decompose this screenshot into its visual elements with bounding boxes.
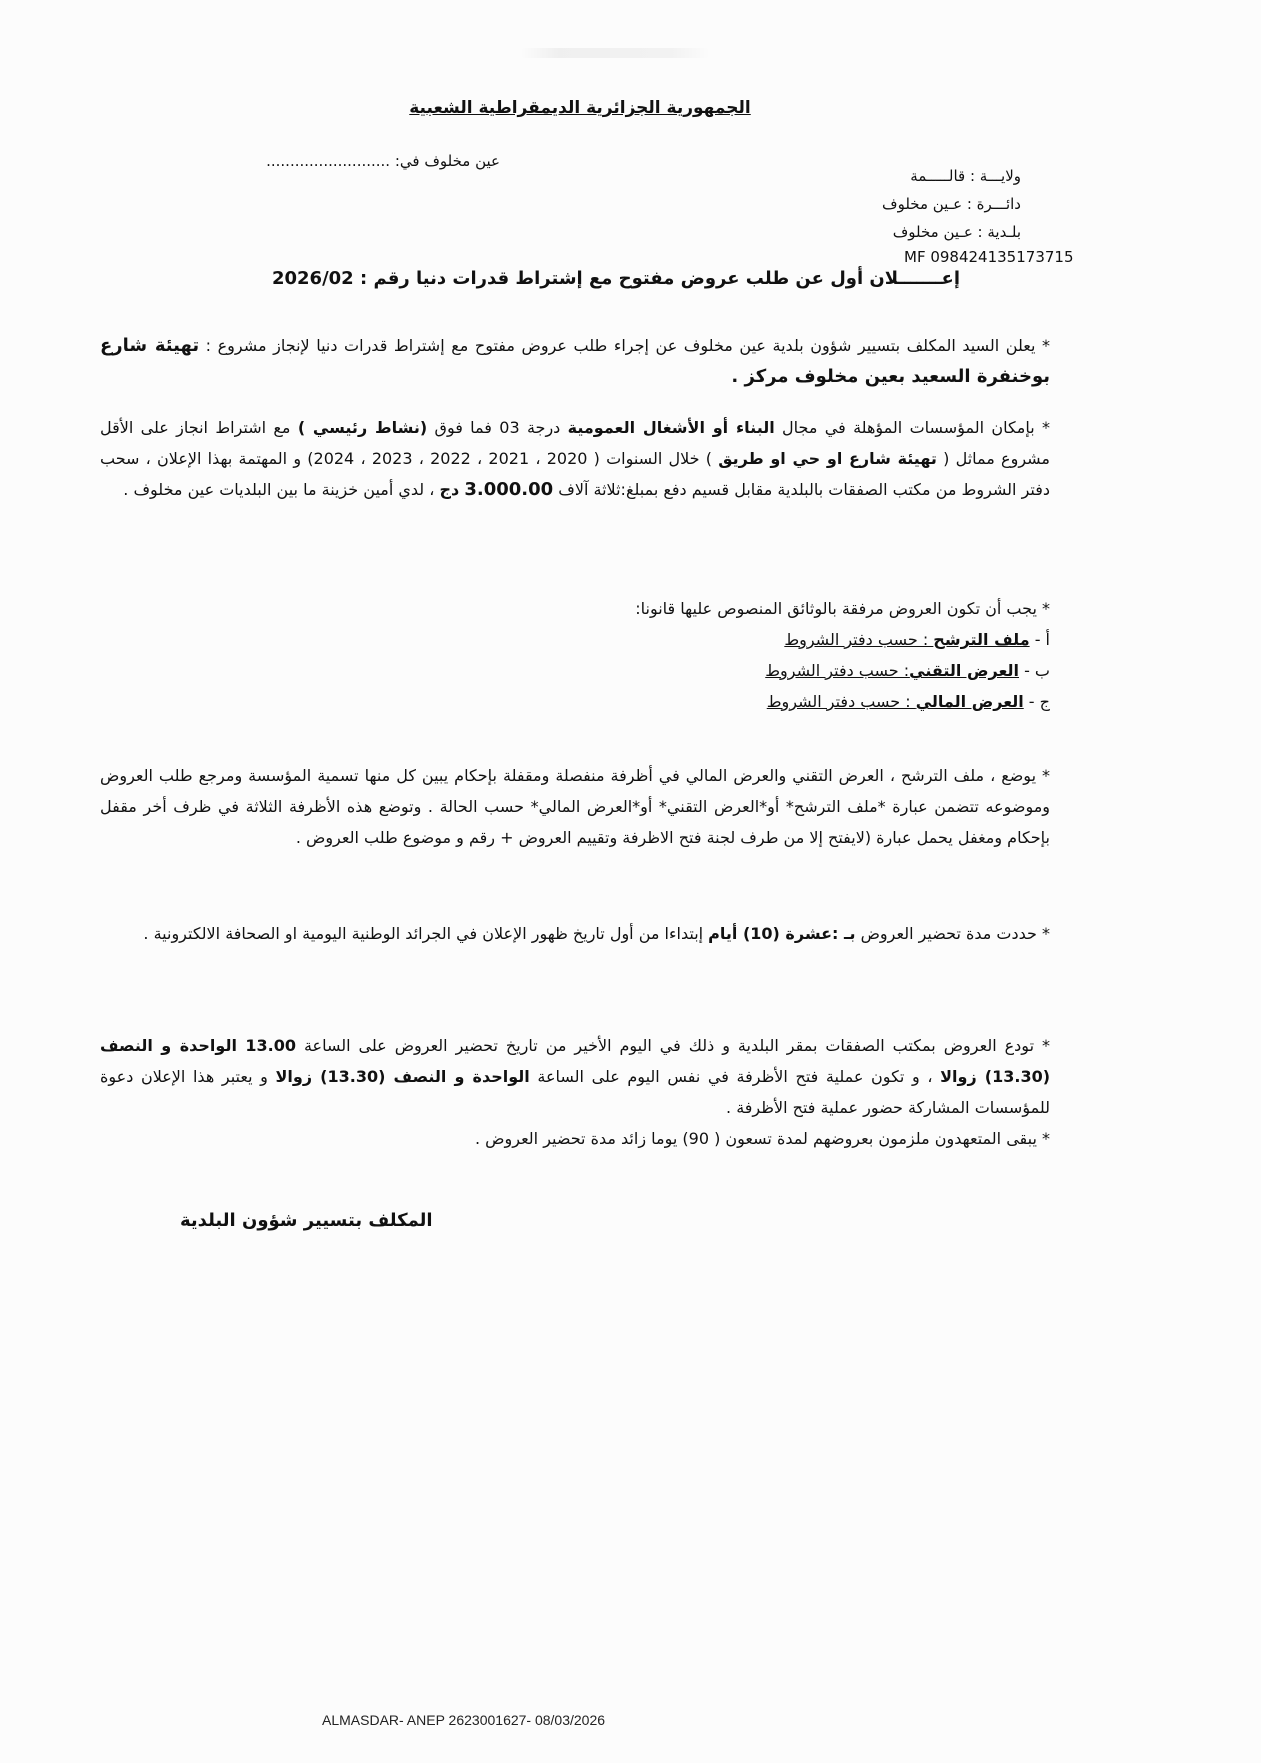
paragraph-text: * يعلن السيد المكلف بتسيير شؤون بلدية عي…	[199, 336, 1050, 355]
signature-title: المكلف بتسيير شؤون البلدية	[180, 1210, 433, 1231]
opening-time: الواحدة و النصف (13.30) زوالا	[276, 1067, 530, 1086]
eligibility-grade: درجة 03 فما فوق	[427, 418, 567, 437]
similar-project: تهيئة شارع او حي او طريق	[718, 449, 937, 468]
item-value: : حسب دفتر الشروط	[767, 692, 916, 711]
item-label: العرض التقني	[909, 661, 1019, 680]
submission-text: * تودع العروض بمكتب الصفقات بمقر البلدية…	[296, 1036, 1050, 1055]
item-label: ملف الترشح	[933, 630, 1029, 649]
fee-currency: دج	[440, 480, 460, 499]
paragraph-validity: * يبقى المتعهدون ملزمون بعروضهم لمدة تسع…	[100, 1123, 1050, 1154]
paragraph-announcement: * يعلن السيد المكلف بتسيير شؤون بلدية عي…	[100, 330, 1050, 392]
daira-line: دائـــرة : عـين مخلوف	[882, 190, 1021, 218]
eligibility-text: * بإمكان المؤسسات المؤهلة في مجال	[775, 418, 1050, 437]
paragraph-eligibility: * بإمكان المؤسسات المؤهلة في مجال البناء…	[100, 412, 1050, 505]
period-text: * حددت مدة تحضير العروض	[855, 924, 1050, 943]
item-prefix: ب -	[1019, 661, 1050, 680]
document-item-technical: ب - العرض التقني: حسب دفتر الشروط	[100, 655, 1050, 686]
period-duration: بـ :عشرة (10) أيام	[708, 924, 855, 943]
item-prefix: أ -	[1030, 630, 1050, 649]
publication-footer: ALMASDAR- ANEP 2623001627- 08/03/2026	[322, 1712, 605, 1728]
opening-text: ، و تكون عملية فتح الأظرفة في نفس اليوم …	[530, 1067, 940, 1086]
baladiya-line: بلـدية : عـين مخلوف	[882, 218, 1021, 246]
item-value: : حسب دفتر الشروط	[765, 661, 909, 680]
wilaya-line: ولايـــة : قالـــــمة	[882, 162, 1021, 190]
item-value: : حسب دفتر الشروط	[784, 630, 933, 649]
scanned-document-page: الجمهورية الجزائرية الديمقراطية الشعبية …	[0, 0, 1261, 1763]
faint-scan-mark	[520, 48, 710, 58]
documents-intro: * يجب أن تكون العروض مرفقة بالوثائق المن…	[100, 593, 1050, 624]
place-date-line: عين مخلوف في: ..........................	[190, 152, 500, 170]
paragraph-required-documents: * يجب أن تكون العروض مرفقة بالوثائق المن…	[100, 593, 1050, 717]
main-activity: (نشاط رئيسي )	[298, 418, 427, 437]
paragraph-preparation-period: * حددت مدة تحضير العروض بـ :عشرة (10) أي…	[100, 918, 1050, 949]
announcement-title: إعـــــــلان أول عن طلب عروض مفتوح مع إش…	[270, 268, 960, 289]
item-prefix: ج -	[1024, 692, 1050, 711]
document-item-financial: ج - العرض المالي : حسب دفتر الشروط	[100, 686, 1050, 717]
item-label: العرض المالي	[916, 692, 1024, 711]
paragraph-envelopes: * يوضع ، ملف الترشح ، العرض التقني والعر…	[100, 760, 1050, 853]
eligibility-field: البناء أو الأشغال العمومية	[568, 418, 775, 437]
paragraph-submission: * تودع العروض بمكتب الصفقات بمقر البلدية…	[100, 1030, 1050, 1154]
period-start: إبتداءا من أول تاريخ ظهور الإعلان في الج…	[143, 924, 708, 943]
mf-number: MF 098424135173715	[904, 248, 1074, 266]
fee-amount: 3.000.00	[464, 479, 553, 500]
document-item-candidacy: أ - ملف الترشح : حسب دفتر الشروط	[100, 624, 1050, 655]
administrative-header: ولايـــة : قالـــــمة دائـــرة : عـين مخ…	[882, 162, 1021, 246]
republic-title: الجمهورية الجزائرية الديمقراطية الشعبية	[380, 98, 780, 118]
fee-location: ، لدي أمين خزينة ما بين البلديات عين مخل…	[123, 480, 439, 499]
